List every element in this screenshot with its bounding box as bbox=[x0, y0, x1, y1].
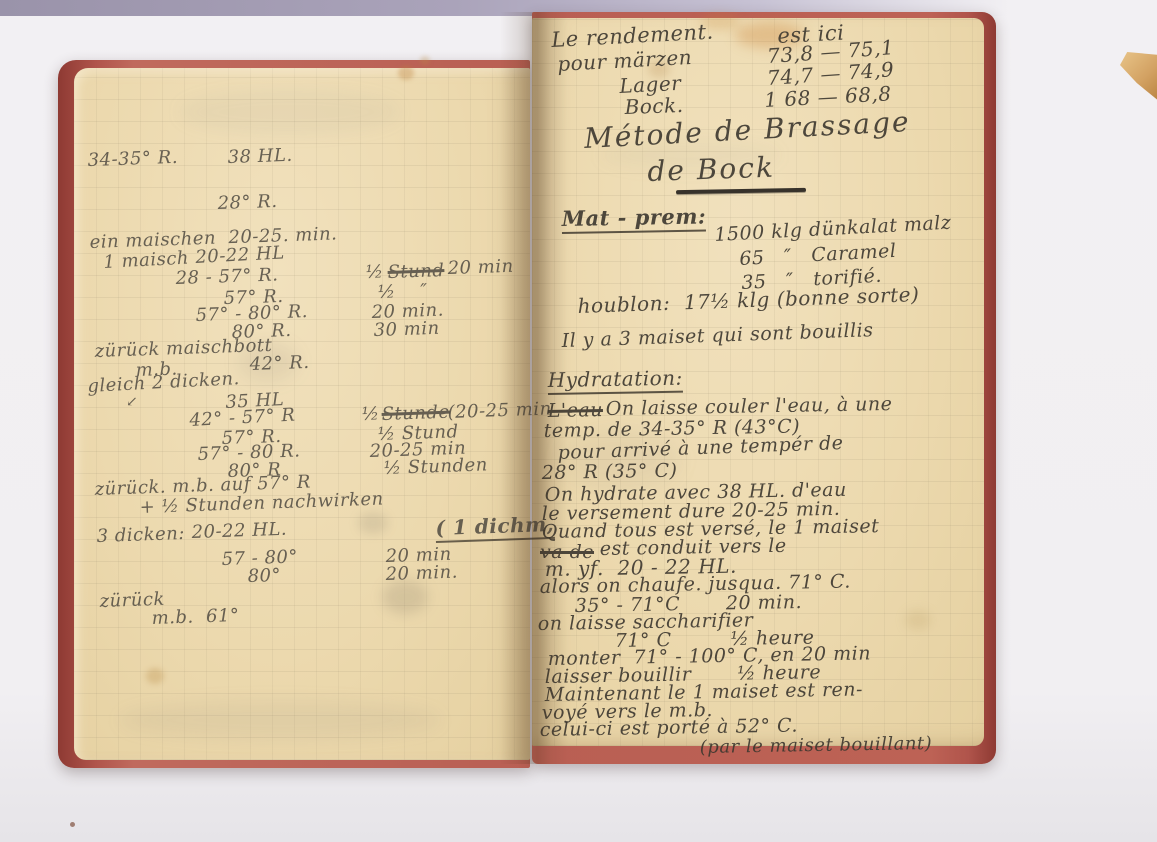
handwriting-line: 34-35° R. bbox=[87, 147, 178, 171]
torn-paper-fragment bbox=[1120, 52, 1157, 102]
handwriting-line: ( 1 dichm, bbox=[435, 512, 555, 543]
paper-stain bbox=[70, 822, 75, 827]
handwriting-line: ½ Stunden bbox=[383, 454, 488, 479]
handwriting-line: 38 HL. bbox=[227, 145, 293, 168]
handwriting-line: (20-25 min bbox=[447, 398, 552, 423]
handwriting-line: ½ bbox=[361, 403, 380, 425]
handwriting-line: Bock. bbox=[624, 93, 684, 119]
handwriting-line: 28° R (35° C) bbox=[542, 460, 678, 484]
handwriting-line: m.b. 61° bbox=[151, 605, 240, 629]
handwriting-line: Mat - prem: bbox=[562, 203, 707, 234]
handwriting-line: 3 dicken: bbox=[96, 523, 185, 547]
scan-stage: 34-35° R.38 HL.28° R.ein maischen 20-25.… bbox=[0, 0, 1157, 842]
handwriting-line: 20 min bbox=[447, 256, 514, 279]
handwriting-line: 80° bbox=[247, 565, 281, 587]
handwriting-line: 20 min. bbox=[385, 561, 458, 585]
handwriting-line: 28° R. bbox=[217, 191, 278, 214]
handwriting-line: 42° R. bbox=[249, 352, 310, 375]
handwriting-line: ½ bbox=[365, 261, 384, 283]
handwriting-line: 28 - 57° R. bbox=[175, 264, 279, 289]
handwriting-line: Stund bbox=[387, 260, 444, 283]
handwriting-line: de Bock bbox=[647, 151, 776, 188]
handwriting-line: 20-22 HL. bbox=[191, 519, 287, 543]
handwriting-line: ↙ bbox=[126, 394, 138, 410]
handwriting-line: Hydratation: bbox=[548, 366, 684, 395]
handwriting-line: (par le maiset bouillant) bbox=[700, 733, 933, 758]
handwriting-line: 30 min bbox=[373, 318, 440, 341]
